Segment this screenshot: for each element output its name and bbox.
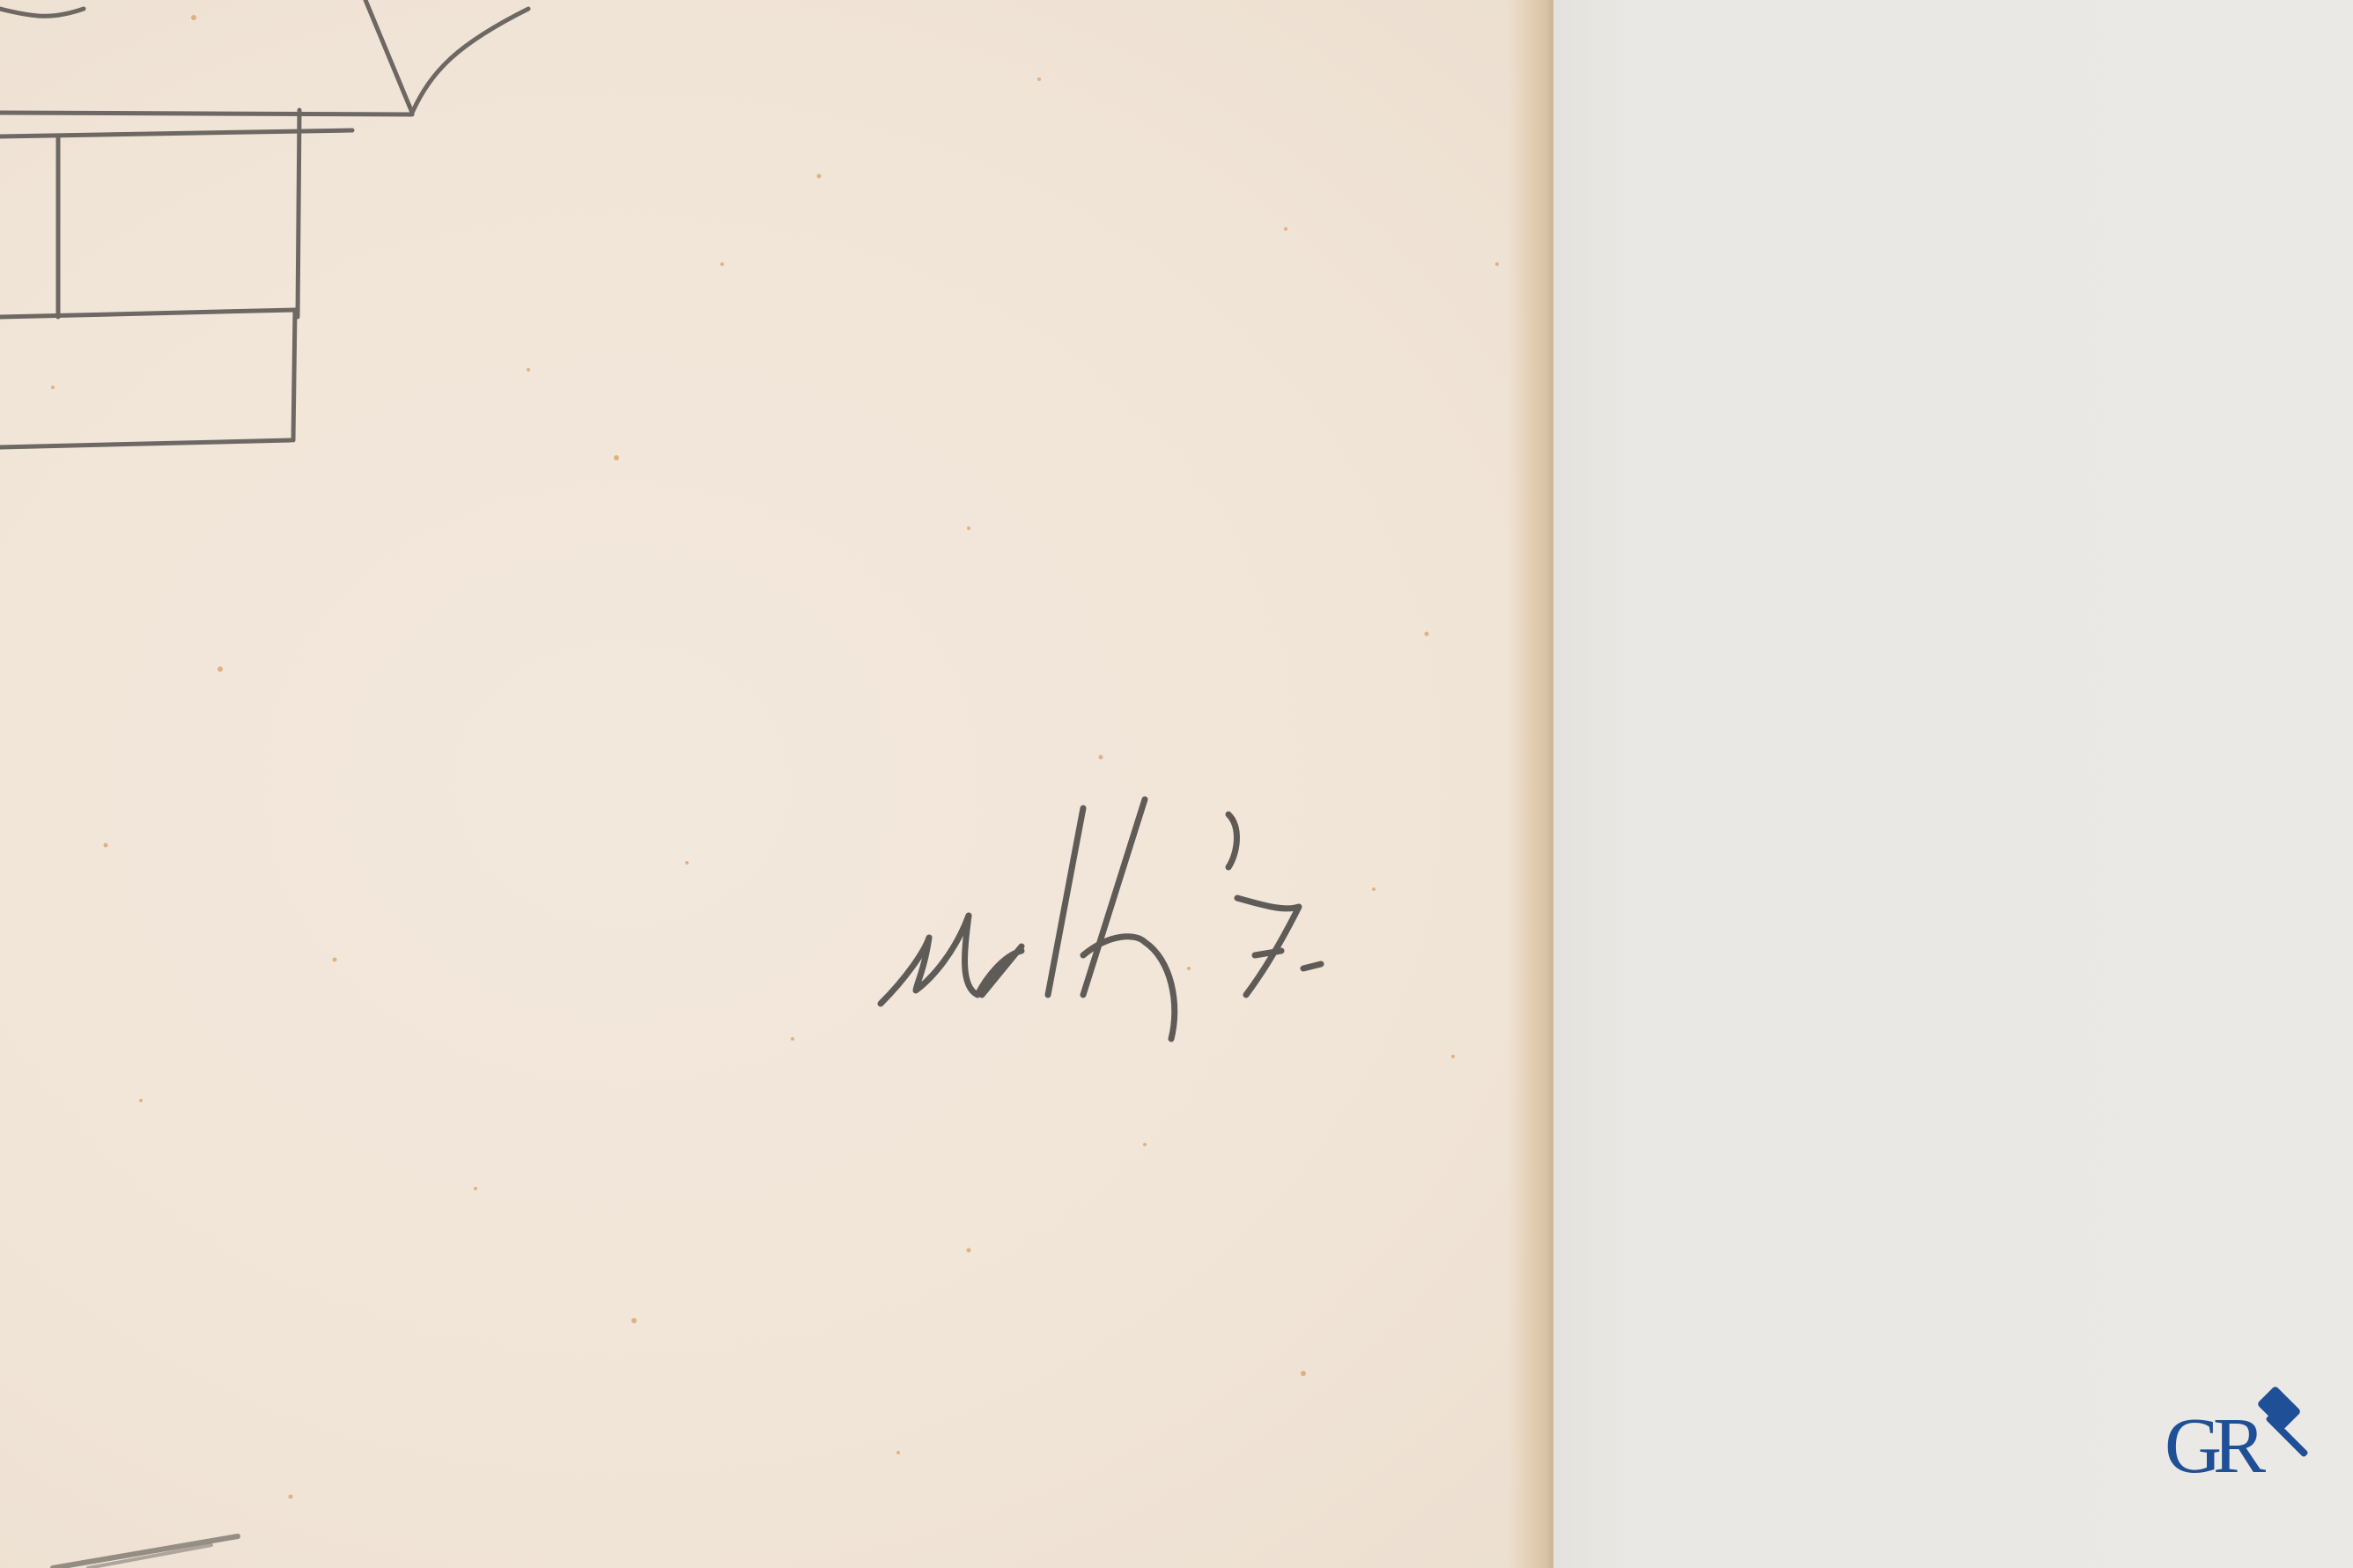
mount-board bbox=[1553, 0, 2353, 1568]
artwork-photo bbox=[0, 0, 2353, 1568]
artist-signature bbox=[0, 0, 1553, 1568]
gavel-icon bbox=[2257, 1386, 2309, 1458]
logo-text: GR bbox=[2165, 1407, 2257, 1486]
